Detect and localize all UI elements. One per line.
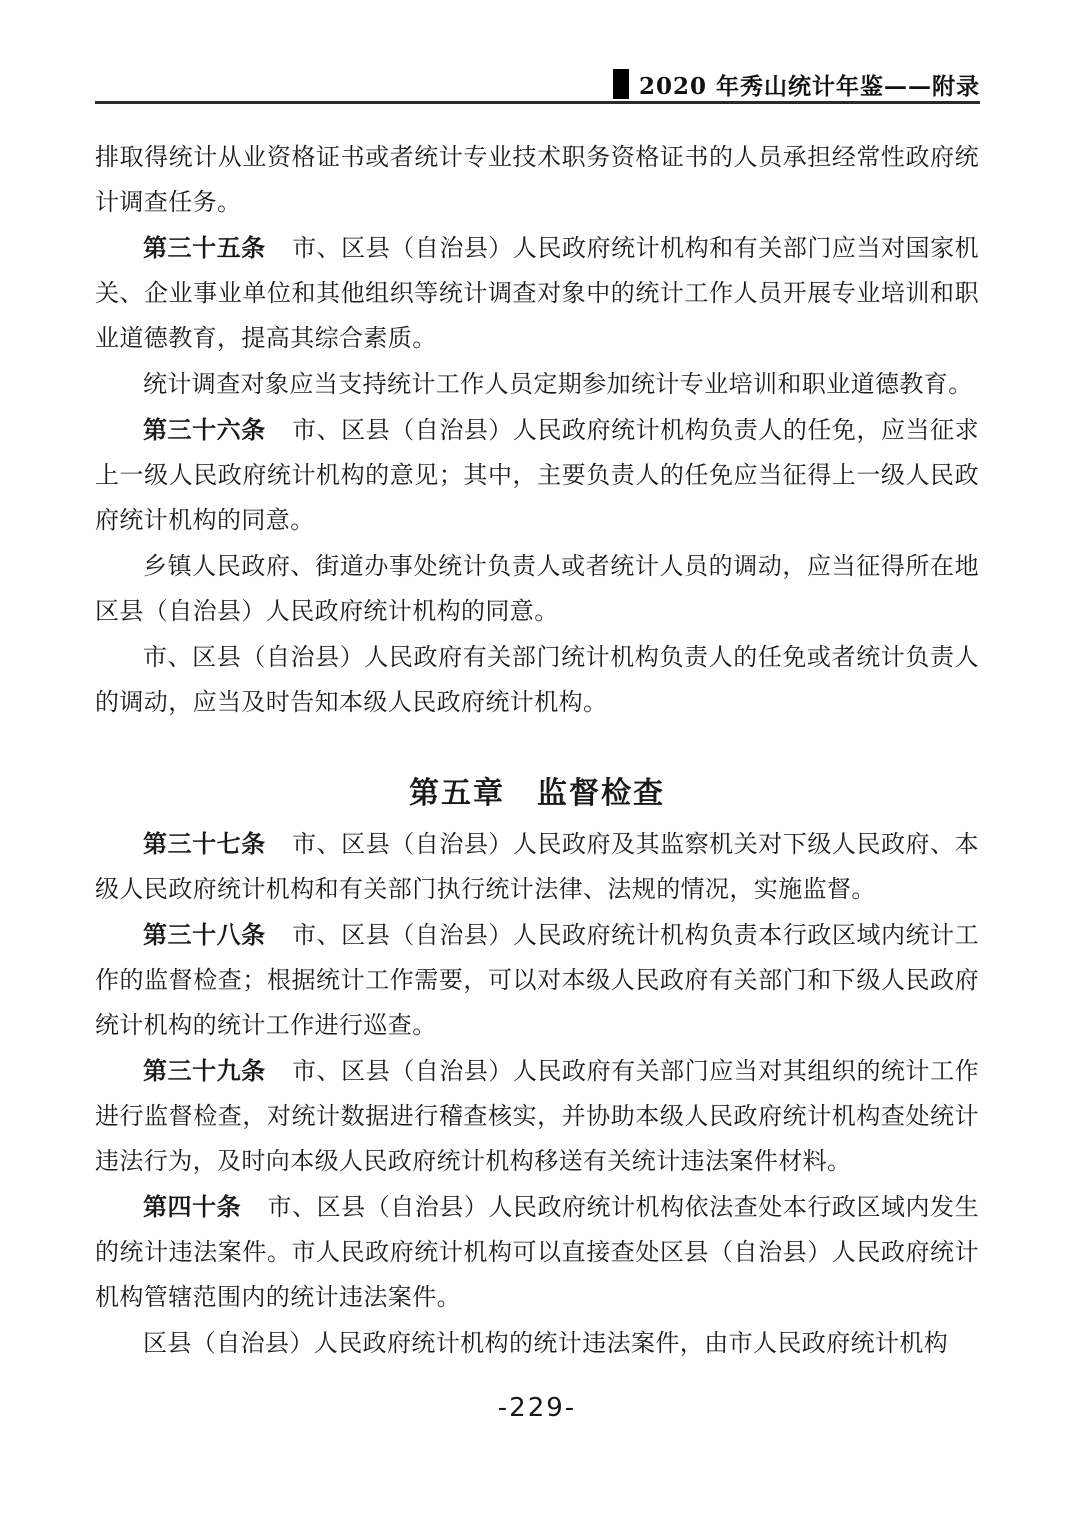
chapter-heading: 第五章 监督检查 [95,770,979,818]
paragraph: 第三十八条市、区县（自治县）人民政府统计机构负责本行政区域内统计工作的监督检查；… [95,912,979,1048]
paragraph: 第三十九条市、区县（自治县）人民政府有关部门应当对其组织的统计工作进行监督检查，… [95,1048,979,1184]
article-number-label: 第三十六条 [143,415,266,444]
article-number-label: 第三十八条 [143,920,266,949]
article-number-label: 第三十七条 [143,829,266,858]
paragraph: 第三十七条市、区县（自治县）人民政府及其监察机关对下级人民政府、本级人民政府统计… [95,821,979,912]
paragraph: 排取得统计从业资格证书或者统计专业技术职务资格证书的人员承担经常性政府统计调查任… [95,134,979,225]
paragraph: 第三十五条市、区县（自治县）人民政府统计机构和有关部门应当对国家机关、企业事业单… [95,225,979,361]
document-page: 2020 年秀山统计年鉴——附录 排取得统计从业资格证书或者统计专业技术职务资格… [0,0,1074,1520]
paragraph: 市、区县（自治县）人民政府有关部门统计机构负责人的任免或者统计负责人的调动，应当… [95,634,979,725]
paragraph-text: 统计调查对象应当支持统计工作人员定期参加统计专业培训和职业道德教育。 [143,370,973,398]
page-number: -229- [498,1393,576,1423]
paragraph: 区县（自治县）人民政府统计机构的统计违法案件，由市人民政府统计机构 [95,1320,979,1366]
page-header: 2020 年秀山统计年鉴——附录 [613,66,980,102]
header-title: 2020 年秀山统计年鉴——附录 [639,68,980,101]
article-number-label: 第三十九条 [143,1056,266,1085]
paragraph: 第四十条市、区县（自治县）人民政府统计机构依法查处本行政区域内发生的统计违法案件… [95,1184,979,1320]
paragraph-text: 排取得统计从业资格证书或者统计专业技术职务资格证书的人员承担经常性政府统计调查任… [95,143,979,216]
article-number-label: 第四十条 [143,1192,241,1221]
article-number-label: 第三十五条 [143,233,266,262]
paragraph: 第三十六条市、区县（自治县）人民政府统计机构负责人的任免，应当征求上一级人民政府… [95,407,979,543]
page-footer: -229- [0,1393,1074,1423]
header-divider [95,101,980,104]
black-block-marker-icon [613,69,629,99]
paragraph: 乡镇人民政府、街道办事处统计负责人或者统计人员的调动，应当征得所在地区县（自治县… [95,543,979,634]
paragraph-text: 区县（自治县）人民政府统计机构的统计违法案件，由市人民政府统计机构 [143,1329,948,1357]
document-body: 排取得统计从业资格证书或者统计专业技术职务资格证书的人员承担经常性政府统计调查任… [95,134,979,1366]
paragraph: 统计调查对象应当支持统计工作人员定期参加统计专业培训和职业道德教育。 [95,361,979,407]
paragraph-text: 乡镇人民政府、街道办事处统计负责人或者统计人员的调动，应当征得所在地区县（自治县… [95,552,979,625]
paragraph-text: 市、区县（自治县）人民政府有关部门统计机构负责人的任免或者统计负责人的调动，应当… [95,643,979,716]
